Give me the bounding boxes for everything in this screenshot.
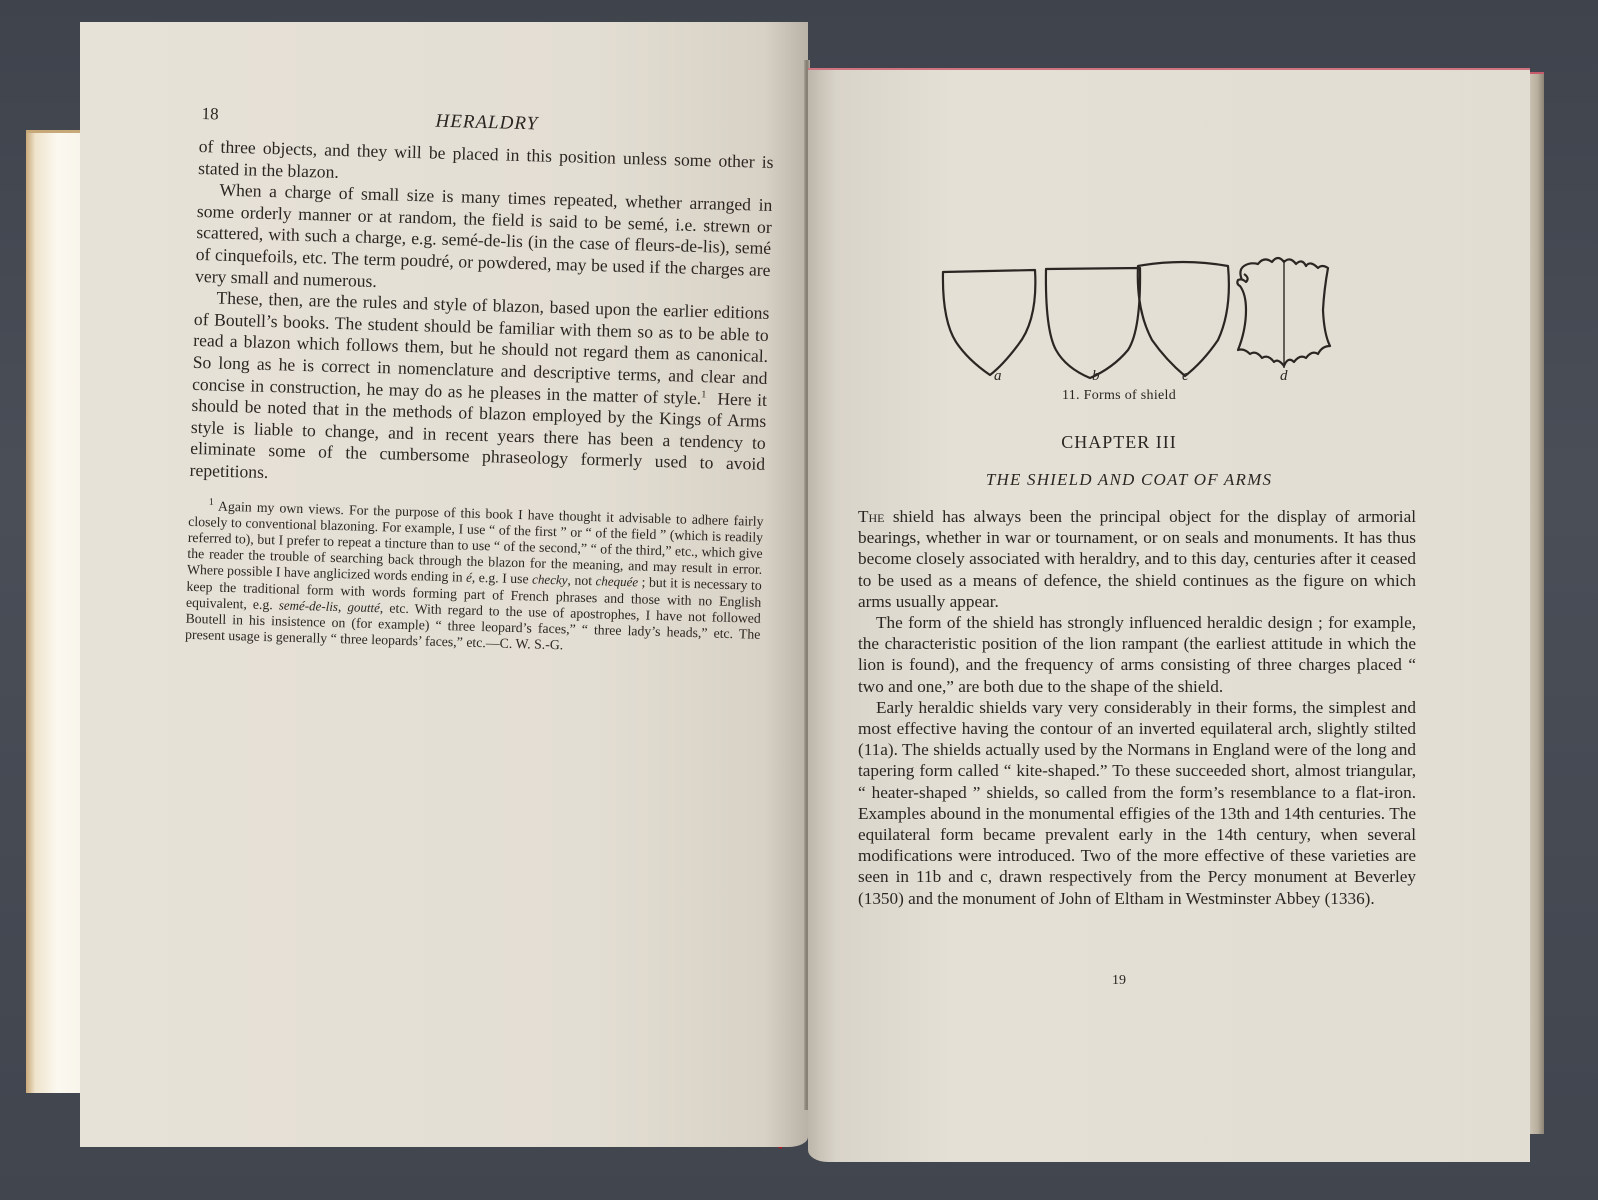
paragraph: Early heraldic shields vary very conside… bbox=[858, 697, 1416, 909]
shield-a-icon bbox=[943, 270, 1035, 375]
left-page: 18 HERALDRY of three objects, and they w… bbox=[80, 22, 808, 1147]
page-number: 19 bbox=[808, 973, 1480, 989]
figure-caption: 11. Forms of shield bbox=[808, 388, 1480, 404]
right-page: a b c d 11. Forms of shield CHAPTER III … bbox=[808, 68, 1530, 1162]
chapter-body-text: The shield has always been the principal… bbox=[858, 506, 1416, 909]
figure-label-a: a bbox=[994, 368, 1002, 385]
left-page-content: 18 HERALDRY of three objects, and they w… bbox=[185, 102, 775, 659]
footnote-reference[interactable]: 1 bbox=[701, 389, 706, 400]
paragraph: The form of the shield has strongly infl… bbox=[858, 612, 1416, 697]
paragraph: When a charge of small size is many time… bbox=[195, 179, 773, 303]
paragraph: The shield has always been the principal… bbox=[858, 506, 1416, 612]
figure-label-b: b bbox=[1092, 368, 1100, 385]
shield-b-icon bbox=[1046, 268, 1140, 378]
shield-d-icon bbox=[1237, 258, 1330, 368]
figure-label-d: d bbox=[1280, 368, 1288, 385]
footnote: 1 Again my own views. For the purpose of… bbox=[185, 497, 764, 659]
figure-label-c: c bbox=[1182, 368, 1189, 385]
page-number: 18 bbox=[201, 104, 219, 124]
book-page-stack-edge bbox=[1528, 72, 1544, 1134]
opening-word: The bbox=[858, 507, 885, 526]
paragraph: These, then, are the rules and style of … bbox=[189, 287, 769, 497]
chapter-number: CHAPTER III bbox=[808, 432, 1480, 453]
shield-illustrations bbox=[938, 250, 1338, 410]
shield-c-icon bbox=[1138, 262, 1229, 376]
footnote-marker: 1 bbox=[209, 496, 214, 507]
chapter-title: THE SHIELD AND COAT OF ARMS bbox=[808, 470, 1490, 490]
running-title: HERALDRY bbox=[435, 111, 538, 136]
body-text: of three objects, and they will be place… bbox=[189, 136, 773, 497]
shield-forms-figure bbox=[938, 250, 1338, 410]
